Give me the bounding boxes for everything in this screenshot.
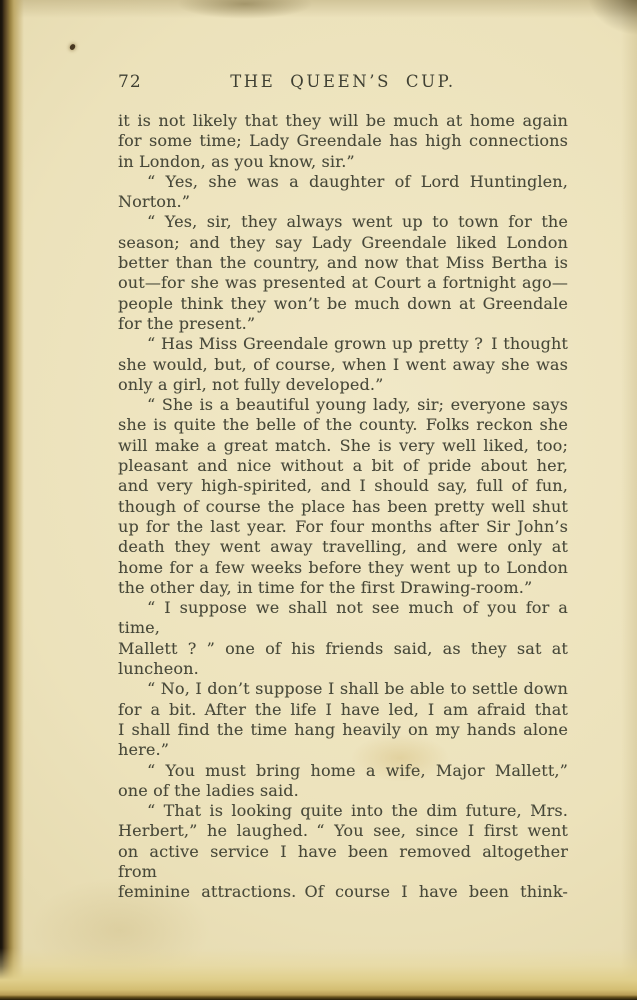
text-line: “ Yes, she was a daughter of Lord Huntin… [118,172,568,192]
text-line: “ I suppose we shall not see much of you… [118,598,568,639]
text-line: better than the country, and now that Mi… [118,253,568,273]
text-line: I shall find the time hang heavily on my… [118,720,568,740]
text-line: pleasant and nice without a bit of pride… [118,456,568,476]
page-bottom-edge [0,948,637,1000]
text-line: Herbert,” he laughed. “ You see, since I… [118,821,568,841]
text-line: home for a few weeks before they went up… [118,558,568,578]
text-line: will make a great match. She is very wel… [118,436,568,456]
text-line: people think they won’t be much down at … [118,294,568,314]
text-line: for the present.” [118,314,568,334]
text-line: “ No, I don’t suppose I shall be able to… [118,679,568,699]
text-line: luncheon. [118,659,568,679]
page-header: 72 THE QUEEN’S CUP. [118,72,568,94]
text-line: the other day, in time for the first Dra… [118,578,568,598]
text-line: it is not likely that they will be much … [118,111,568,131]
scanned-book-page: 72 THE QUEEN’S CUP. it is not likely tha… [0,0,637,1000]
running-title: THE QUEEN’S CUP. [118,72,568,91]
text-line: for a bit. After the life I have led, I … [118,700,568,720]
text-line: Norton.” [118,192,568,212]
text-line: death they went away travelling, and wer… [118,537,568,557]
text-line: she is quite the belle of the county. Fo… [118,415,568,435]
text-line: “ She is a beautiful young lady, sir; ev… [118,395,568,415]
text-line: “ Yes, sir, they always went up to town … [118,212,568,232]
text-line: Mallett ? ” one of his friends said, as … [118,639,568,659]
text-line: for some time; Lady Greendale has high c… [118,131,568,151]
text-line: feminine attractions. Of course I have b… [118,882,568,902]
text-line: and very high-spirited, and I should say… [118,476,568,496]
text-line: season; and they say Lady Greendale like… [118,233,568,253]
book-binding-edge [0,0,24,1000]
text-line: only a girl, not fully developed.” [118,375,568,395]
text-line: out—for she was presented at Court a for… [118,273,568,293]
text-line: up for the last year. For four months af… [118,517,568,537]
text-line: here.” [118,740,568,760]
page-body-text: it is not likely that they will be much … [118,111,568,903]
text-line: one of the ladies said. [118,781,568,801]
text-line: on active service I have been removed al… [118,842,568,883]
text-line: in London, as you know, sir.” [118,152,568,172]
text-line: “ You must bring home a wife, Major Mall… [118,761,568,781]
text-line: she would, but, of course, when I went a… [118,355,568,375]
text-line: “ That is looking quite into the dim fut… [118,801,568,821]
ink-speck [69,43,76,50]
text-line: “ Has Miss Greendale grown up pretty ? I… [118,334,568,354]
text-line: though of course the place has been pret… [118,497,568,517]
